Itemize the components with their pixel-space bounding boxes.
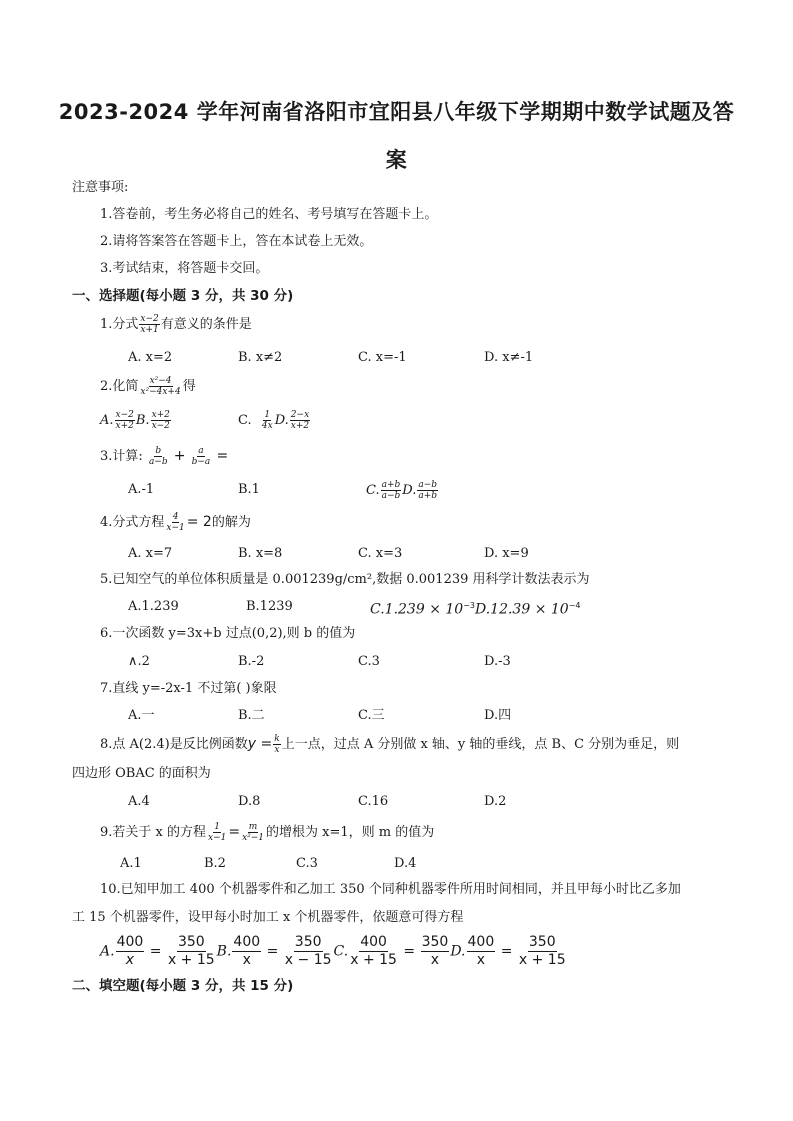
- q8-option-b: D.8: [238, 792, 260, 812]
- q1-fraction: x−2x+1: [139, 314, 159, 335]
- notice-heading: 注意事项:: [72, 178, 128, 198]
- section-2-heading: 二、填空题(每小题 3 分，共 15 分): [72, 976, 293, 996]
- q4-option-a: A. x=7: [128, 544, 172, 564]
- q3-options-cd: C.a+ba−bD.a−ba+b: [366, 480, 439, 501]
- question-4: 4.分式方程4x−1= 2的解为: [100, 512, 251, 533]
- q1-option-b: B. x≠2: [238, 348, 282, 368]
- q6-option-a: ∧.2: [128, 652, 150, 672]
- q6-option-b: B.-2: [238, 652, 264, 672]
- q1-option-a: A. x=2: [128, 348, 172, 368]
- question-7: 7.直线 y=-2x-1 不过第( )象限: [100, 679, 277, 699]
- q5-option-b: B.1239: [246, 597, 293, 617]
- q6-option-d: D.-3: [484, 652, 511, 672]
- q2-options-ab: A.x−2x+2B.x+2x−2: [100, 410, 172, 431]
- q9-option-d: D.4: [394, 854, 416, 874]
- q9-option-c: C.3: [296, 854, 318, 874]
- q7-option-a: A.一: [128, 706, 155, 726]
- question-1: 1.分式x−2x+1有意义的条件是: [100, 314, 252, 335]
- question-8: 8.点 A(2.4)是反比例函数y =kx上一点，过点 A 分别做 x 轴、y …: [100, 734, 679, 755]
- q3-option-a: A.-1: [128, 480, 154, 500]
- q7-option-b: B.二: [238, 706, 265, 726]
- q4-option-c: C. x=3: [358, 544, 402, 564]
- question-5: 5.已知空气的单位体积质量是 0.001239g/cm²,数据 0.001239…: [100, 570, 590, 590]
- q5-options-cd: C.1.239 × 10−3D.12.39 × 10−4: [370, 596, 580, 620]
- document-title-line2: 案: [0, 144, 793, 174]
- q2-fraction: x²−4x²−4x+4: [139, 376, 181, 397]
- question-10-line1: 10.已知甲加工 400 个机器零件和乙加工 350 个同种机器零件所用时间相同…: [100, 880, 681, 900]
- q3-option-b: B.1: [238, 480, 260, 500]
- q2-prefix: 2.化简: [100, 379, 138, 394]
- q1-suffix: 有意义的条件是: [161, 317, 252, 332]
- question-10-line2: 工 15 个机器零件，设甲每小时加工 x 个机器零件，依题意可得方程: [72, 908, 463, 928]
- notice-item-1: 1.答卷前，考生务必将自己的姓名、考号填写在答题卡上。: [100, 205, 437, 225]
- q4-option-b: B. x=8: [238, 544, 282, 564]
- q7-option-c: C.三: [358, 706, 385, 726]
- question-3: 3.计算: ba−b + ab−a =: [100, 446, 228, 467]
- notice-item-2: 2.请将答案答在答题卡上，答在本试卷上无效。: [100, 232, 372, 252]
- section-1-heading: 一、选择题(每小题 3 分，共 30 分): [72, 286, 293, 306]
- q1-option-c: C. x=-1: [358, 348, 407, 368]
- q9-option-a: A.1: [120, 854, 142, 874]
- q8-option-c: C.16: [358, 792, 388, 812]
- q7-option-d: D.四: [484, 706, 511, 726]
- q8-option-d: D.2: [484, 792, 506, 812]
- notice-item-3: 3.考试结束，将答题卡交回。: [100, 259, 268, 279]
- document-title-line1: 2023-2024 学年河南省洛阳市宜阳县八年级下学期期中数学试题及答: [0, 96, 793, 126]
- q1-prefix: 1.分式: [100, 317, 138, 332]
- question-9: 9.若关于 x 的方程1x−1=mx²−1的增根为 x=1，则 m 的值为: [100, 822, 434, 843]
- question-6: 6.一次函数 y=3x+b 过点(0,2),则 b 的值为: [100, 624, 355, 644]
- q1-option-d: D. x≠-1: [484, 348, 533, 368]
- q5-option-a: A.1.239: [128, 597, 179, 617]
- question-2: 2.化简x²−4x²−4x+4得: [100, 376, 196, 397]
- question-8-line2: 四边形 OBAC 的面积为: [72, 764, 211, 784]
- q10-options: A.400x = 350x + 15B.400x = 350x − 15C.40…: [100, 934, 568, 969]
- q4-option-d: D. x=9: [484, 544, 529, 564]
- q2-options-cd: C. 14xD.2−xx+2: [238, 410, 311, 431]
- q9-option-b: B.2: [204, 854, 226, 874]
- q2-suffix: 得: [183, 379, 196, 394]
- q8-option-a: A.4: [128, 792, 150, 812]
- q6-option-c: C.3: [358, 652, 380, 672]
